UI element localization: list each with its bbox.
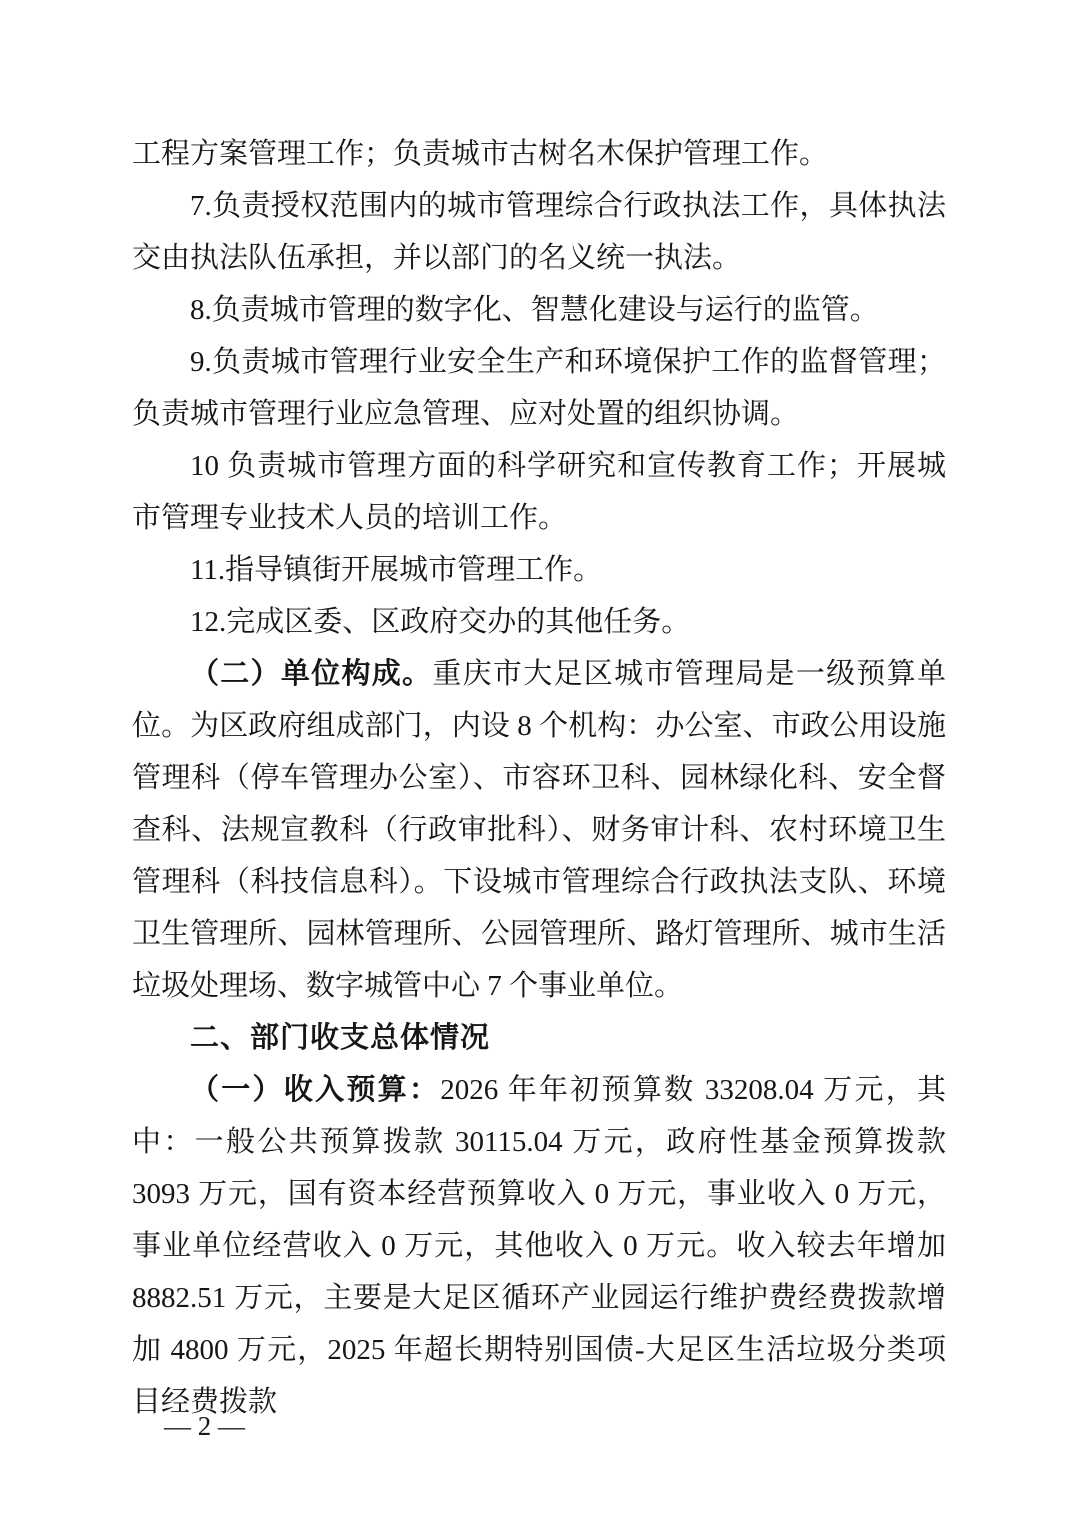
text-segment: 工程方案管理工作；负责城市古树名木保护管理工作。: [132, 138, 828, 170]
paragraph: 12.完成区委、区政府交办的其他任务。: [132, 596, 946, 648]
text-segment: 10 负责城市管理方面的科学研究和宣传教育工作；开展城市管理专业技术人员的培训工…: [132, 450, 946, 534]
paragraph: 9.负责城市管理行业安全生产和环境保护工作的监督管理；负责城市管理行业应急管理、…: [132, 336, 946, 440]
section-heading: 二、部门收支总体情况: [132, 1012, 946, 1064]
text-segment: 11.指导镇街开展城市管理工作。: [190, 554, 602, 586]
text-segment: 重庆市大足区城市管理局是一级预算单位。为区政府组成部门，内设 8 个机构：办公室…: [132, 658, 946, 1002]
text-segment: 7.负责授权范围内的城市管理综合行政执法工作，具体执法交由执法队伍承担，并以部门…: [132, 190, 946, 274]
bold-text-segment: 二、部门收支总体情况: [190, 1022, 490, 1054]
paragraph: （二）单位构成。重庆市大足区城市管理局是一级预算单位。为区政府组成部门，内设 8…: [132, 648, 946, 1012]
page-number: — 2 —: [164, 1408, 245, 1444]
text-segment: 9.负责城市管理行业安全生产和环境保护工作的监督管理；负责城市管理行业应急管理、…: [132, 346, 946, 430]
paragraph: 11.指导镇街开展城市管理工作。: [132, 544, 946, 596]
text-segment: 2026 年年初预算数 33208.04 万元，其中：一般公共预算拨款 3011…: [132, 1074, 946, 1418]
paragraph: 10 负责城市管理方面的科学研究和宣传教育工作；开展城市管理专业技术人员的培训工…: [132, 440, 946, 544]
paragraph: 7.负责授权范围内的城市管理综合行政执法工作，具体执法交由执法队伍承担，并以部门…: [132, 180, 946, 284]
document-body: 工程方案管理工作；负责城市古树名木保护管理工作。7.负责授权范围内的城市管理综合…: [132, 128, 946, 1428]
document-page: 工程方案管理工作；负责城市古树名木保护管理工作。7.负责授权范围内的城市管理综合…: [0, 0, 1074, 1520]
text-segment: 12.完成区委、区政府交办的其他任务。: [190, 606, 690, 638]
paragraph: 工程方案管理工作；负责城市古树名木保护管理工作。: [132, 128, 946, 180]
bold-text-segment: （一）收入预算：: [190, 1074, 440, 1106]
bold-text-segment: （二）单位构成。: [190, 658, 432, 690]
text-segment: 8.负责城市管理的数字化、智慧化建设与运行的监管。: [190, 294, 879, 326]
paragraph: 8.负责城市管理的数字化、智慧化建设与运行的监管。: [132, 284, 946, 336]
paragraph: （一）收入预算：2026 年年初预算数 33208.04 万元，其中：一般公共预…: [132, 1064, 946, 1428]
